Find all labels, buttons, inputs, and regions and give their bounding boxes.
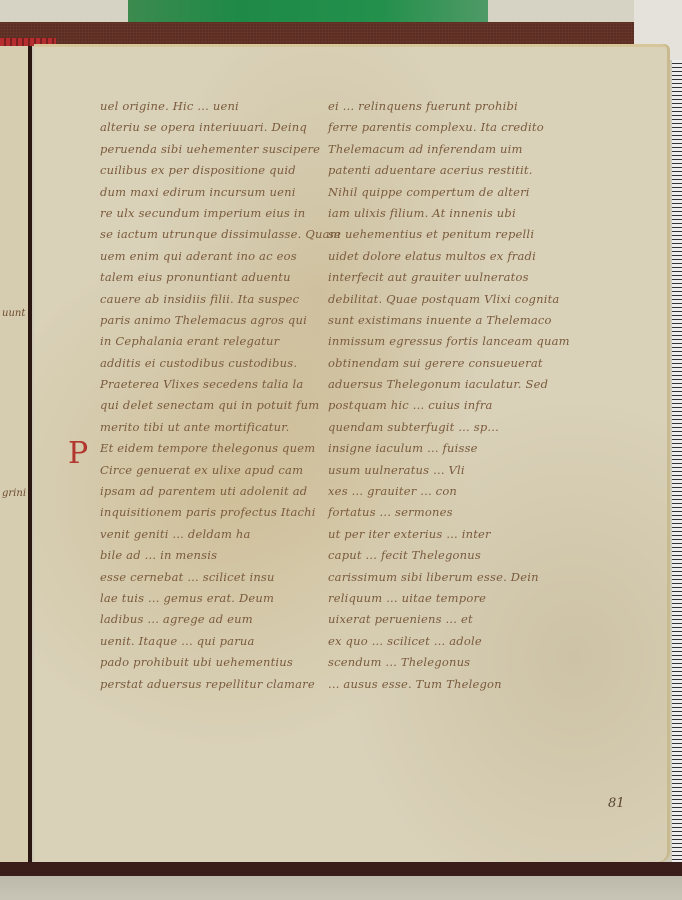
text-line: xes ... grauiter ... con (328, 481, 570, 502)
text-line: Thelemacum ad inferendam uim (328, 139, 570, 160)
text-column-left: uel origine. Hic ... uenialteriu se oper… (100, 96, 341, 695)
margin-note: uunt (2, 308, 25, 319)
text-line: peruenda sibi uehementer suscipere (100, 139, 341, 160)
text-line: ut per iter exterius ... inter (328, 524, 570, 545)
text-line: uixerat perueniens ... et (328, 609, 570, 630)
text-column-right: ei ... relinquens fuerunt prohibiferre p… (328, 96, 570, 695)
text-line: talem eius pronuntiant aduentu (100, 267, 341, 288)
text-line: se uehementius et penitum repelli (328, 224, 570, 245)
text-line: additis ei custodibus custodibus. (100, 353, 341, 374)
measuring-scale (672, 60, 682, 870)
facing-page-edge: uunt grini (0, 46, 32, 866)
book-binding-top (0, 22, 634, 46)
text-line: dum maxi edirum incursum ueni (100, 182, 341, 203)
text-line: usum uulneratus ... Vli (328, 460, 570, 481)
text-line: merito tibi ut ante mortificatur. (100, 417, 341, 438)
margin-note: grini (2, 488, 26, 499)
text-line: qui delet senectam qui in potuit fum (100, 395, 341, 416)
text-line: in Cephalania erant relegatur (100, 331, 341, 352)
text-line: interfecit aut grauiter uulneratos (328, 267, 570, 288)
text-line: iam ulixis filium. At innenis ubi (328, 203, 570, 224)
text-line: re ulx secundum imperium eius in (100, 203, 341, 224)
text-line: Nihil quippe compertum de alteri (328, 182, 570, 203)
text-line: Et eidem tempore thelegonus quem (100, 438, 341, 459)
background-surface (0, 876, 682, 900)
text-line: lae tuis ... gemus erat. Deum (100, 588, 341, 609)
text-line: inquisitionem paris profectus Itachi (100, 502, 341, 523)
text-line: bile ad ... in mensis (100, 545, 341, 566)
text-line: cuilibus ex per dispositione quid (100, 160, 341, 181)
text-line: carissimum sibi liberum esse. Dein (328, 567, 570, 588)
text-line: ferre parentis complexu. Ita credito (328, 117, 570, 138)
text-line: venit geniti ... deldam ha (100, 524, 341, 545)
text-line: uidet dolore elatus multos ex fradi (328, 246, 570, 267)
text-line: scendum ... Thelegonus (328, 652, 570, 673)
text-line: inmissum egressus fortis lanceam quam (328, 331, 570, 352)
text-line: pado prohibuit ubi uehementius (100, 652, 341, 673)
text-line: Circe genuerat ex ulixe apud cam (100, 460, 341, 481)
text-line: ei ... relinquens fuerunt prohibi (328, 96, 570, 117)
text-line: uem enim qui aderant ino ac eos (100, 246, 341, 267)
text-line: perstat aduersus repellitur clamare (100, 674, 341, 695)
text-line: postquam hic ... cuius infra (328, 395, 570, 416)
text-line: Praeterea Vlixes secedens talia la (100, 374, 341, 395)
text-line: caput ... fecit Thelegonus (328, 545, 570, 566)
text-line: quendam subterfugit ... sp... (328, 417, 570, 438)
text-line: uenit. Itaque ... qui parua (100, 631, 341, 652)
red-initial: P (68, 436, 88, 471)
text-line: reliquum ... uitae tempore (328, 588, 570, 609)
folio-number: 81 (608, 796, 625, 811)
text-line: cauere ab insidiis filii. Ita suspec (100, 289, 341, 310)
text-line: ... ausus esse. Tum Thelegon (328, 674, 570, 695)
text-line: fortatus ... sermones (328, 502, 570, 523)
text-line: ipsam ad parentem uti adolenit ad (100, 481, 341, 502)
text-line: obtinendam sui gerere consueuerat (328, 353, 570, 374)
text-line: uel origine. Hic ... ueni (100, 96, 341, 117)
text-line: patenti aduentare acerius restitit. (328, 160, 570, 181)
text-line: esse cernebat ... scilicet insu (100, 567, 341, 588)
text-line: sunt existimans inuente a Thelemaco (328, 310, 570, 331)
text-line: se iactum utrunque dissimulasse. Quam (100, 224, 341, 245)
text-line: aduersus Thelegonum iaculatur. Sed (328, 374, 570, 395)
text-line: alteriu se opera interiuuari. Deinq (100, 117, 341, 138)
book-binding-bottom (0, 862, 682, 876)
text-line: debilitat. Quae postquam Vlixi cognita (328, 289, 570, 310)
green-support-block (128, 0, 488, 24)
text-line: ladibus ... agrege ad eum (100, 609, 341, 630)
text-line: paris animo Thelemacus agros qui (100, 310, 341, 331)
text-line: insigne iaculum ... fuisse (328, 438, 570, 459)
text-line: ex quo ... scilicet ... adole (328, 631, 570, 652)
